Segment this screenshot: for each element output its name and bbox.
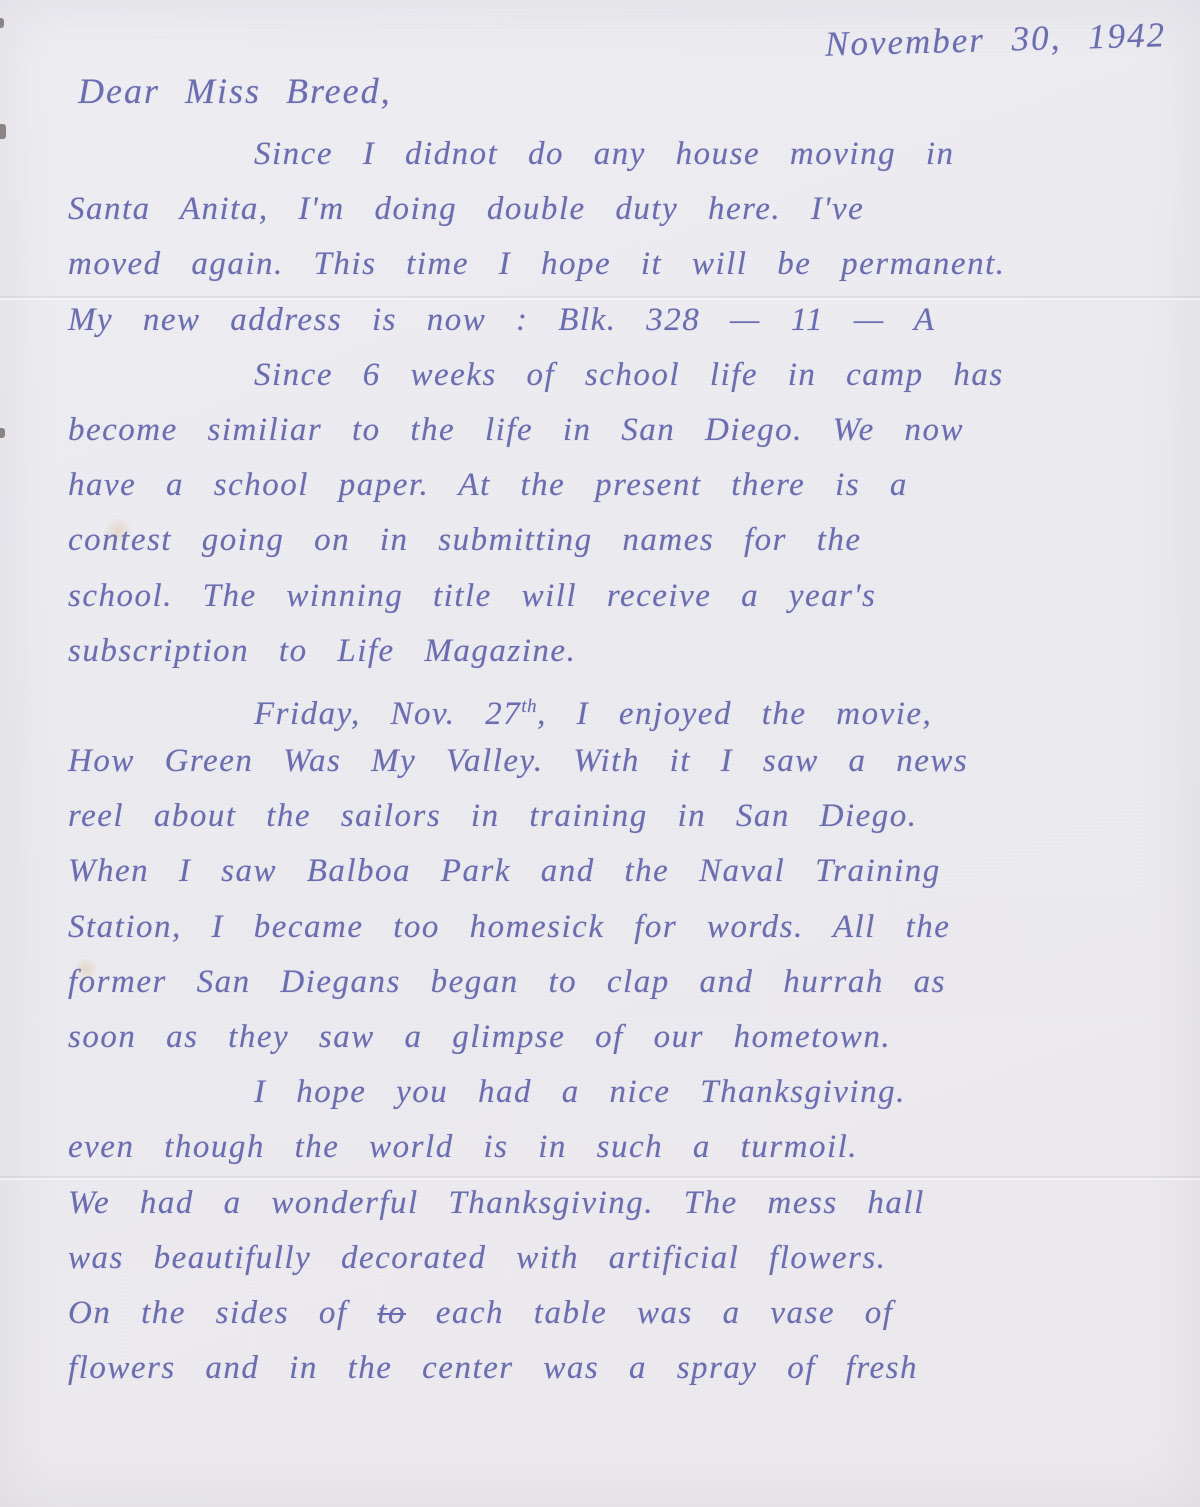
date-line: November 30, 1942 (824, 15, 1166, 65)
letter-line: contest going on in submitting names for… (68, 513, 1184, 568)
letter-text: was beautifully decorated with artificia… (68, 1240, 886, 1276)
letter-line: have a school paper. At the present ther… (68, 458, 1184, 513)
letter-text: When I saw Balboa Park and the Naval Tra… (68, 853, 941, 889)
letter-line: We had a wonderful Thanksgiving. The mes… (68, 1176, 1184, 1231)
salutation: Dear Miss Breed, (78, 70, 392, 112)
letter-text: Santa Anita, I'm doing double duty here.… (68, 191, 864, 227)
letter-line: I hope you had a nice Thanksgiving. (68, 1065, 1184, 1120)
letter-body: Since I didnot do any house moving inSan… (68, 127, 1184, 1396)
letter-line: Santa Anita, I'm doing double duty here.… (68, 182, 1184, 237)
letter-text: even though the world is in such a turmo… (68, 1129, 858, 1165)
letter-text: each table was a vase of (406, 1295, 893, 1331)
letter-line: Friday, Nov. 27th, I enjoyed the movie, (68, 679, 1184, 734)
letter-line: When I saw Balboa Park and the Naval Tra… (68, 844, 1184, 899)
letter-line: How Green Was My Valley. With it I saw a… (68, 734, 1184, 789)
letter-line: was beautifully decorated with artificia… (68, 1231, 1184, 1286)
letter-text: reel about the sailors in training in Sa… (68, 798, 918, 834)
letter-line: soon as they saw a glimpse of our hometo… (68, 1010, 1184, 1065)
letter-text: Friday, Nov. 27 (254, 696, 521, 732)
letter-line: former San Diegans began to clap and hur… (68, 955, 1184, 1010)
letter-text: How Green Was My Valley. With it I saw a… (68, 743, 968, 779)
letter-text: have a school paper. At the present ther… (68, 467, 908, 503)
paper-edge-speck (0, 124, 6, 139)
letter-text: moved again. This time I hope it will be… (68, 246, 1006, 282)
letter-line: subscription to Life Magazine. (68, 624, 1184, 679)
letter-text: My new address is now : Blk. 328 — 11 — … (68, 302, 936, 338)
letter-text: former San Diegans began to clap and hur… (68, 964, 946, 1000)
letter-text: , I enjoyed the movie, (537, 696, 932, 732)
letter-line: school. The winning title will receive a… (68, 569, 1184, 624)
letter-line: Station, I became too homesick for words… (68, 900, 1184, 955)
letter-text: become similiar to the life in San Diego… (68, 412, 964, 448)
letter-text: subscription to Life Magazine. (68, 633, 576, 669)
letter-text: Station, I became too homesick for words… (68, 909, 950, 945)
letter-line: reel about the sailors in training in Sa… (68, 789, 1184, 844)
letter-text: flowers and in the center was a spray of… (68, 1350, 918, 1386)
letter-text: contest going on in submitting names for… (68, 522, 862, 558)
letter-line: My new address is now : Blk. 328 — 11 — … (68, 293, 1184, 348)
letter-line: Since I didnot do any house moving in (68, 127, 1184, 182)
struck-word: to (377, 1295, 406, 1331)
letter-line: even though the world is in such a turmo… (68, 1120, 1184, 1175)
paper-edge-speck (0, 428, 5, 438)
paper-edge-speck (0, 18, 4, 28)
letter-line: Since 6 weeks of school life in camp has (68, 348, 1184, 403)
letter-line: moved again. This time I hope it will be… (68, 237, 1184, 292)
letter-text: th (521, 696, 537, 717)
letter-page: November 30, 1942 Dear Miss Breed, Since… (0, 0, 1200, 1507)
letter-line: become similiar to the life in San Diego… (68, 403, 1184, 458)
letter-line: flowers and in the center was a spray of… (68, 1341, 1184, 1396)
letter-line: On the sides of to each table was a vase… (68, 1286, 1184, 1341)
letter-text: school. The winning title will receive a… (68, 578, 876, 614)
letter-text: We had a wonderful Thanksgiving. The mes… (68, 1185, 925, 1221)
letter-text: Since 6 weeks of school life in camp has (254, 357, 1004, 393)
letter-text: I hope you had a nice Thanksgiving. (254, 1074, 906, 1110)
letter-text: On the sides of (68, 1295, 377, 1331)
letter-text: Since I didnot do any house moving in (254, 136, 955, 172)
letter-text: soon as they saw a glimpse of our hometo… (68, 1019, 891, 1055)
